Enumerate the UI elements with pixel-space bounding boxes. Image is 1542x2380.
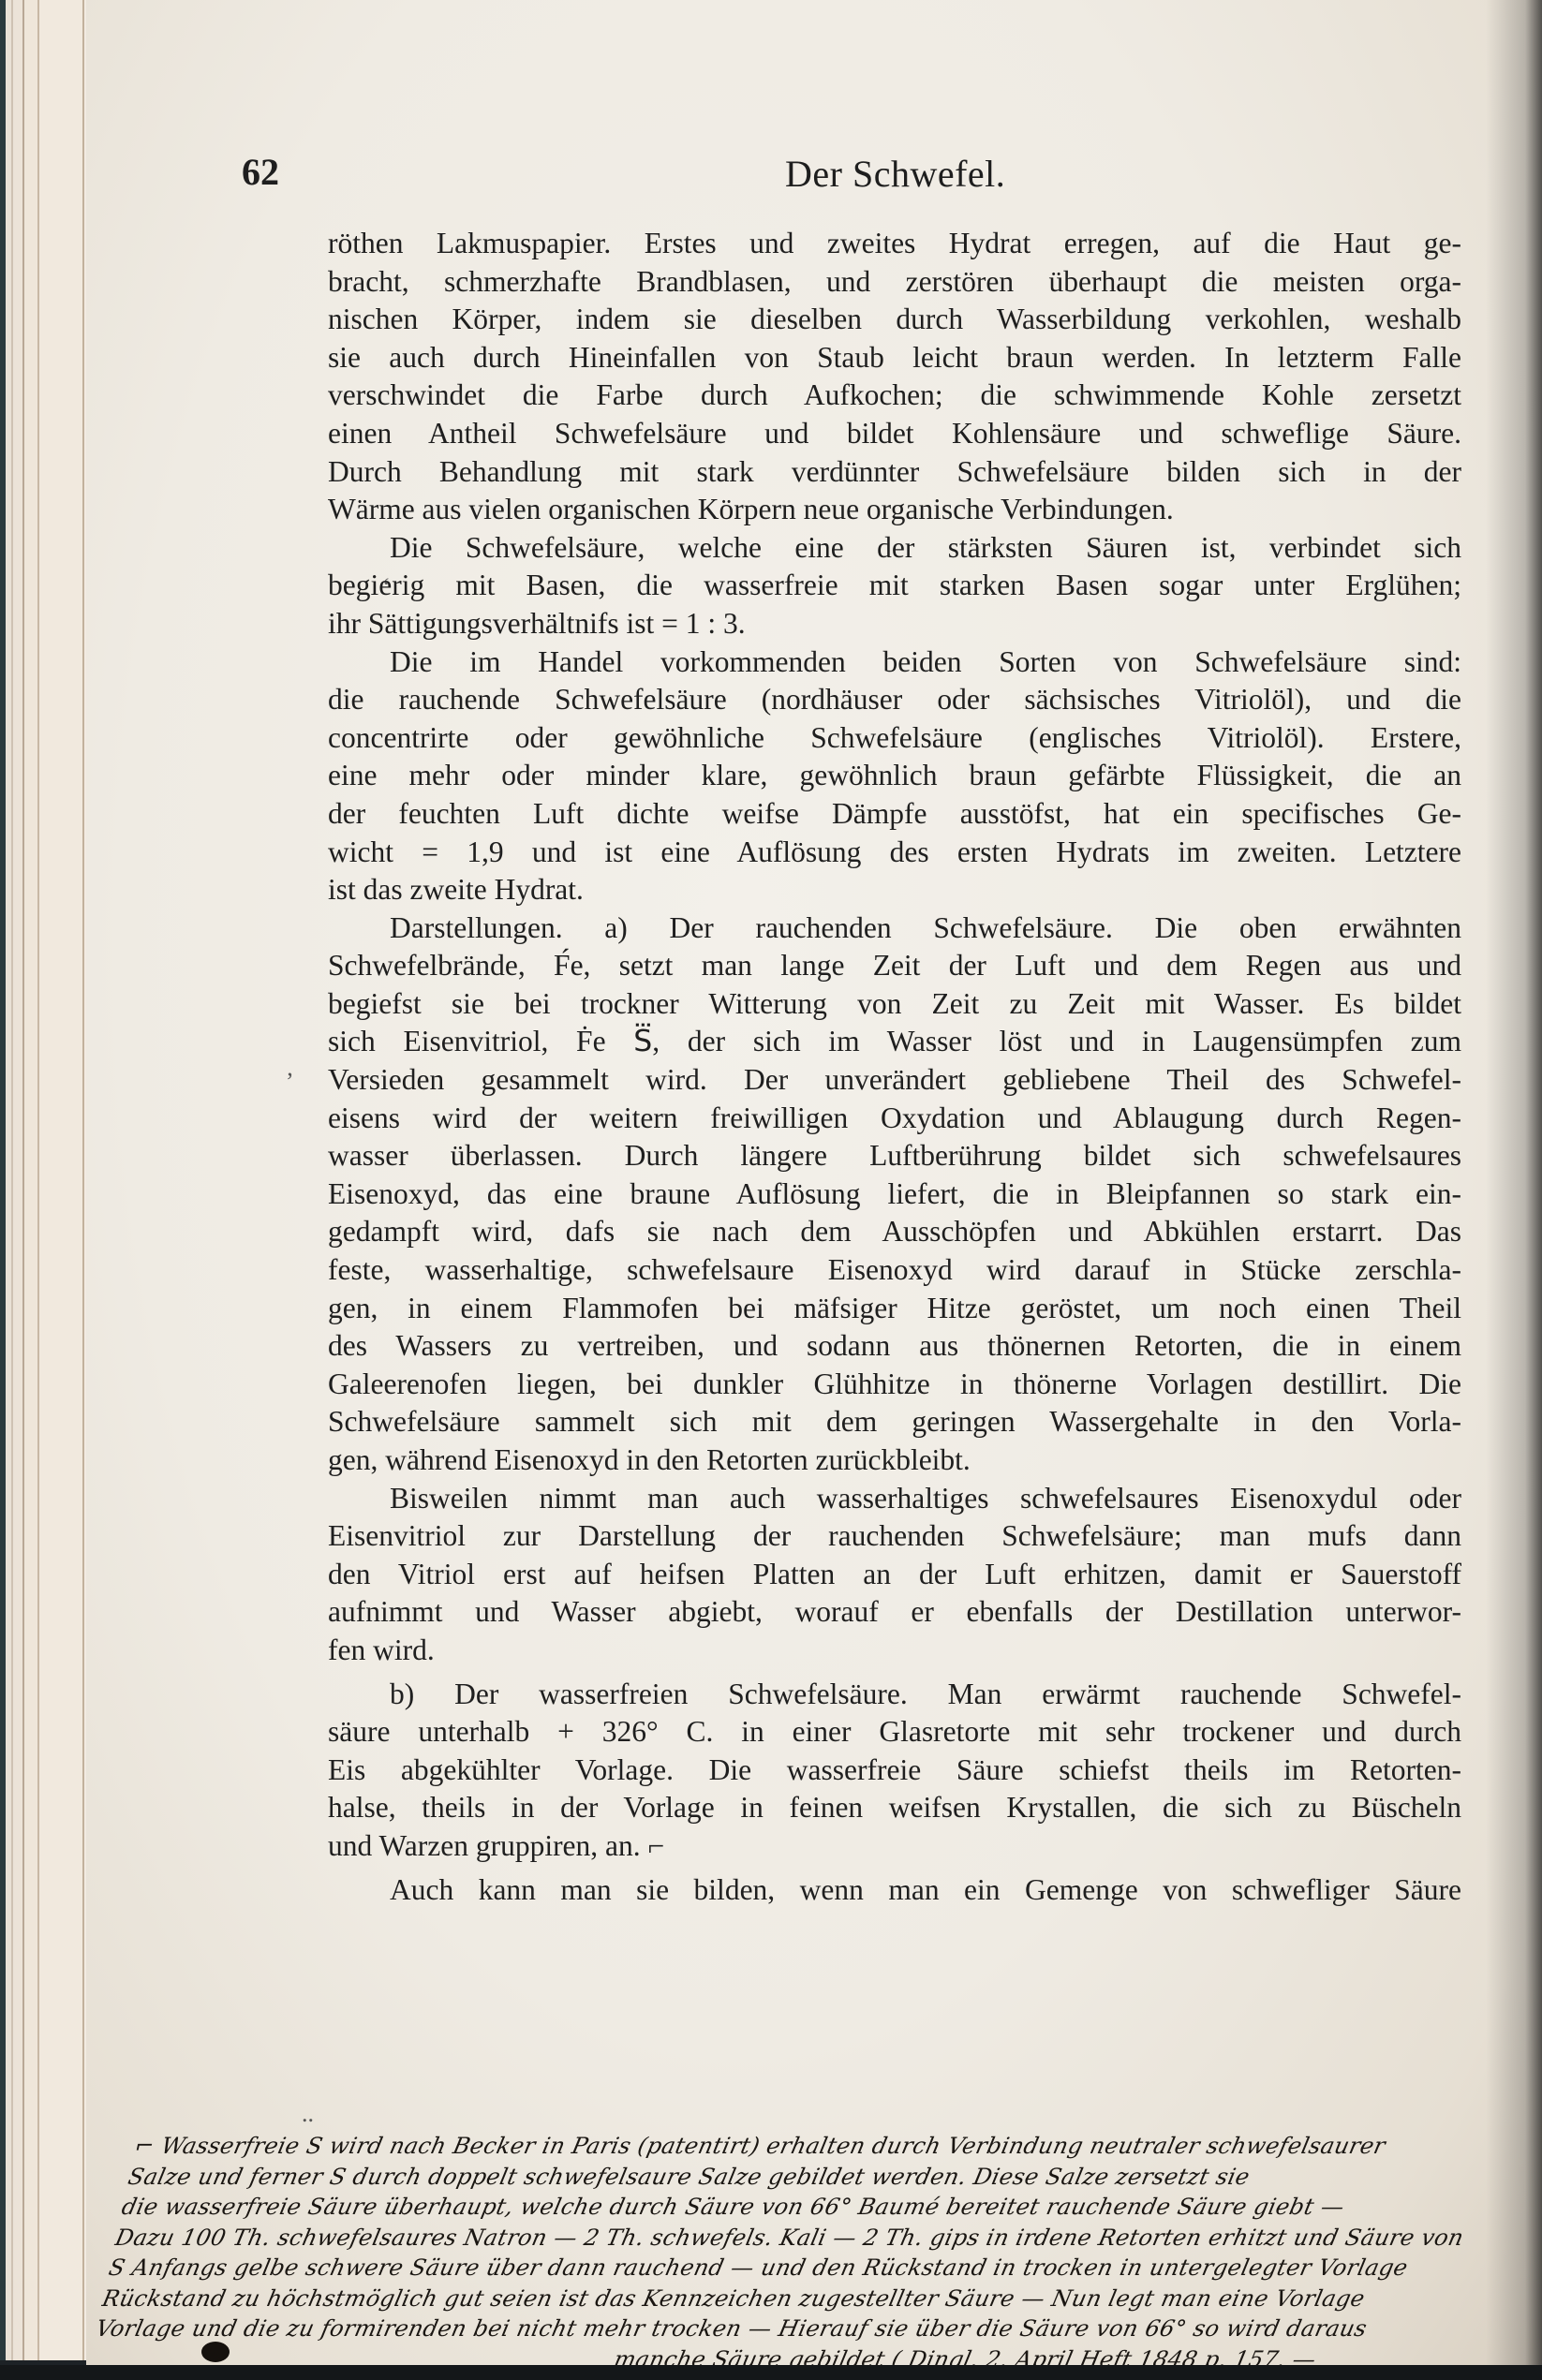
- text-line: nischen Körper, indem sie dieselben durc…: [328, 301, 1461, 339]
- margin-mark: ‚: [286, 1054, 294, 1082]
- text-line: säure unterhalb + 326° C. in einer Glasr…: [328, 1713, 1461, 1752]
- text-line: Die im Handel vorkommenden beiden Sorten…: [328, 643, 1461, 682]
- running-header: 62 Der Schwefel.: [242, 150, 1460, 206]
- text-line: begierig mit Basen, die wasserfreie mit …: [328, 567, 1461, 605]
- text-line: sich Eisenvitriol, Ḟe S⃛, der sich im Wa…: [328, 1023, 1461, 1061]
- handwritten-line: die wasserfreie Säure überhaupt, welche …: [119, 2192, 1503, 2223]
- text-line: bracht, schmerzhafte Brandblasen, und ze…: [328, 263, 1461, 302]
- text-line: Galeerenofen liegen, bei dunkler Glühhit…: [328, 1366, 1461, 1404]
- text-line: concentrirte oder gewöhnliche Schwefelsä…: [328, 719, 1461, 758]
- text-line: Darstellungen. a) Der rauchenden Schwefe…: [328, 909, 1461, 948]
- text-line: den Vitriol erst auf heifsen Platten an …: [328, 1556, 1461, 1594]
- text-line: ihr Sättigungsverhältnifs ist = 1 : 3.: [328, 605, 1461, 643]
- body-text: röthen Lakmuspapier. Erstes und zweites …: [328, 225, 1461, 1909]
- text-line: wasser überlassen. Durch längere Luftber…: [328, 1137, 1461, 1175]
- text-line: gen, während Eisenoxyd in den Retorten z…: [328, 1441, 1461, 1480]
- page-bottom-edge: [0, 2365, 1542, 2380]
- paragraph: röthen Lakmuspapier. Erstes und zweites …: [328, 225, 1461, 529]
- text-line: die rauchende Schwefelsäure (nordhäuser …: [328, 681, 1461, 719]
- paragraph: Die Schwefelsäure, welche eine der stärk…: [328, 529, 1461, 643]
- text-line: gedampft wird, dafs sie nach dem Ausschö…: [328, 1213, 1461, 1251]
- text-line: eine mehr oder minder klare, gewöhnlich …: [328, 757, 1461, 795]
- text-line: feste, wasserhaltige, schwefelsaure Eise…: [328, 1251, 1461, 1290]
- text-line: b) Der wasserfreien Schwefelsäure. Man e…: [328, 1676, 1461, 1714]
- text-line: aufnimmt und Wasser abgiebt, worauf er e…: [328, 1593, 1461, 1632]
- text-line: sie auch durch Hineinfallen von Staub le…: [328, 339, 1461, 377]
- text-line: gen, in einem Flammofen bei mäfsiger Hit…: [328, 1290, 1461, 1328]
- text-line: Durch Behandlung mit stark verdünnter Sc…: [328, 453, 1461, 492]
- handwritten-line: Vorlage und die zu formirenden bei nicht…: [93, 2313, 1476, 2344]
- text-line: Bisweilen nimmt man auch wasserhaltiges …: [328, 1480, 1461, 1518]
- paragraph: Die im Handel vorkommenden beiden Sorten…: [328, 643, 1461, 909]
- text-line: eisens wird der weitern freiwilligen Oxy…: [328, 1100, 1461, 1138]
- text-line: Die Schwefelsäure, welche eine der stärk…: [328, 529, 1461, 568]
- text-line: Eisenoxyd, das eine braune Auflösung lie…: [328, 1175, 1461, 1214]
- text-line: und Warzen gruppiren, an. ⌐: [328, 1827, 1461, 1866]
- handwritten-line: Rückstand zu höchstmöglich gut seien ist…: [99, 2284, 1483, 2314]
- text-line: begiefst sie bei trockner Witterung von …: [328, 985, 1461, 1024]
- paragraph: Bisweilen nimmt man auch wasserhaltiges …: [328, 1480, 1461, 1670]
- page-stack-edges: [0, 0, 94, 2360]
- text-line: fen wird.: [328, 1632, 1461, 1670]
- handwritten-line: ⌐ Wasserfreie S wird nach Becker in Pari…: [132, 2131, 1516, 2162]
- handwritten-line: Salze und ferner S durch doppelt schwefe…: [126, 2162, 1509, 2193]
- text-line: Eis abgekühlter Vorlage. Die wasserfreie…: [328, 1752, 1461, 1790]
- text-line: ist das zweite Hydrat.: [328, 871, 1461, 909]
- text-line: Eisenvitriol zur Darstellung der rauchen…: [328, 1517, 1461, 1556]
- handwritten-annotation: ⌐ Wasserfreie S wird nach Becker in Pari…: [86, 2131, 1515, 2374]
- text-line: wicht = 1,9 und ist eine Auflösung des e…: [328, 834, 1461, 872]
- text-line: röthen Lakmuspapier. Erstes und zweites …: [328, 225, 1461, 263]
- ink-blot: [201, 2342, 230, 2362]
- text-line: Auch kann man sie bilden, wenn man ein G…: [328, 1871, 1461, 1910]
- text-line: einen Antheil Schwefelsäure und bildet K…: [328, 415, 1461, 453]
- margin-mark: ..: [302, 2100, 314, 2128]
- page-number: 62: [242, 150, 279, 194]
- text-line: Schwefelsäure sammelt sich mit dem gerin…: [328, 1403, 1461, 1441]
- text-line: halse, theils in der Vorlage in feinen w…: [328, 1789, 1461, 1827]
- text-line: Versieden gesammelt wird. Der unveränder…: [328, 1061, 1461, 1100]
- paragraph: Auch kann man sie bilden, wenn man ein G…: [328, 1871, 1461, 1910]
- text-line: des Wassers zu vertreiben, und sodann au…: [328, 1327, 1461, 1366]
- paragraph: Darstellungen. a) Der rauchenden Schwefe…: [328, 909, 1461, 1480]
- text-line: Schwefelbrände, F́e, setzt man lange Zei…: [328, 947, 1461, 985]
- handwritten-line: Dazu 100 Th. schwefelsaures Natron — 2 T…: [112, 2223, 1496, 2254]
- paragraph: b) Der wasserfreien Schwefelsäure. Man e…: [328, 1676, 1461, 1866]
- text-line: Wärme aus vielen organischen Körpern neu…: [328, 491, 1461, 529]
- text-line: der feuchten Luft dichte weifse Dämpfe a…: [328, 795, 1461, 834]
- handwritten-line: S Anfangs gelbe schwere Säure über dann …: [106, 2253, 1490, 2284]
- page-title: Der Schwefel.: [785, 152, 1005, 196]
- page-curl-shadow: [1486, 0, 1542, 2365]
- text-line: verschwindet die Farbe durch Aufkochen; …: [328, 377, 1461, 415]
